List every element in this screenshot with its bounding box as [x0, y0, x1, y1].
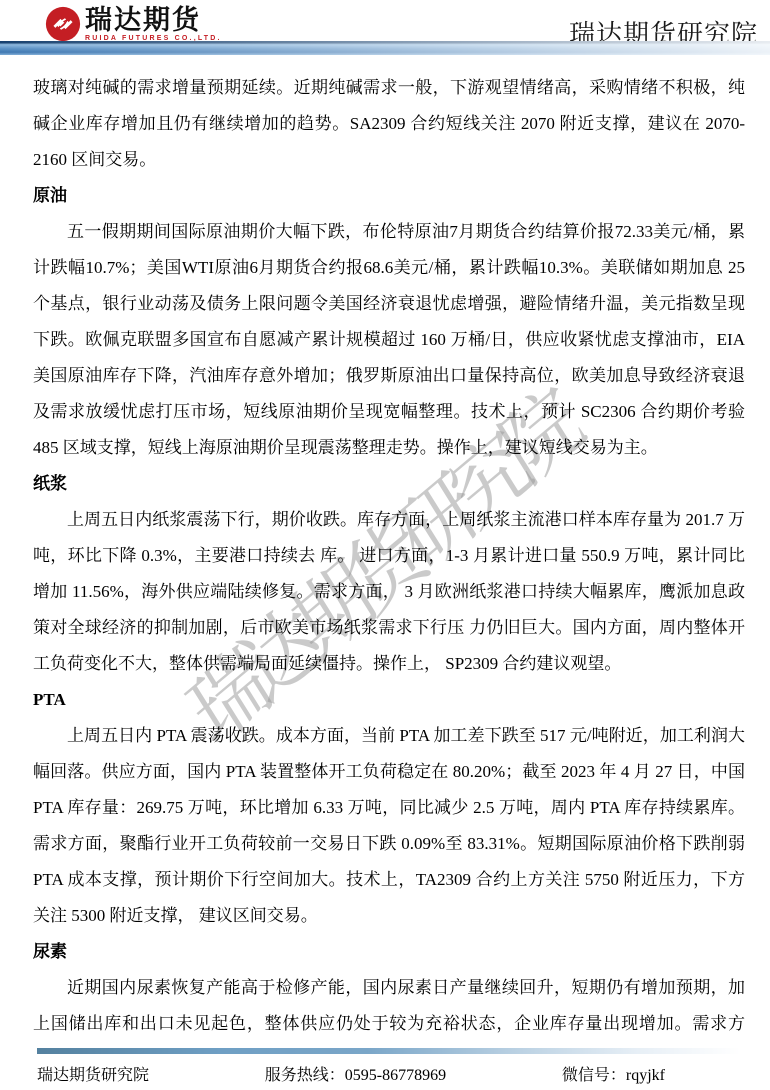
page-footer: 瑞达期货研究院 服务热线：0595-86778969 微信号：rqyjkf	[0, 1048, 770, 1090]
footer-hotline: 服务热线：0595-86778969	[265, 1062, 446, 1085]
body-paragraph: 玻璃对纯碱的需求增量预期延续。近期纯碱需求一般，下游观望情绪高，采购情绪不积极，…	[33, 70, 745, 178]
header-gradient-bar	[0, 41, 770, 55]
section-heading: 尿素	[33, 934, 745, 970]
body-paragraph: 上周五日内 PTA 震荡收跌。成本方面，当前 PTA 加工差下跌至 517 元/…	[33, 718, 745, 934]
footer-org: 瑞达期货研究院	[37, 1062, 149, 1085]
footer-row: 瑞达期货研究院 服务热线：0595-86778969 微信号：rqyjkf	[0, 1054, 770, 1085]
ruida-logo: 瑞达期货 RUIDA FUTURES CO.,LTD.	[45, 6, 222, 42]
footer-wechat: 微信号：rqyjkf	[562, 1062, 665, 1085]
logo-brand-text: 瑞达期货	[85, 6, 222, 34]
report-page: 瑞达期货 RUIDA FUTURES CO.,LTD. 瑞达期货研究院 瑞达期货…	[0, 0, 770, 1090]
body-paragraph: 上周五日内纸浆震荡下行，期价收跌。库存方面，上周纸浆主流港口样本库存量为 201…	[33, 502, 745, 682]
section-heading: PTA	[33, 682, 745, 718]
section-heading: 纸浆	[33, 466, 745, 502]
body-paragraph: 五一假期期间国际原油期价大幅下跌，布伦特原油7月期货合约结算价报72.33美元/…	[33, 214, 745, 466]
page-header: 瑞达期货 RUIDA FUTURES CO.,LTD. 瑞达期货研究院	[0, 0, 770, 41]
logo-text-column: 瑞达期货 RUIDA FUTURES CO.,LTD.	[85, 6, 222, 42]
report-body: 玻璃对纯碱的需求增量预期延续。近期纯碱需求一般，下游观望情绪高，采购情绪不积极，…	[0, 55, 770, 1078]
section-heading: 原油	[33, 178, 745, 214]
ruida-logo-icon	[45, 6, 81, 42]
